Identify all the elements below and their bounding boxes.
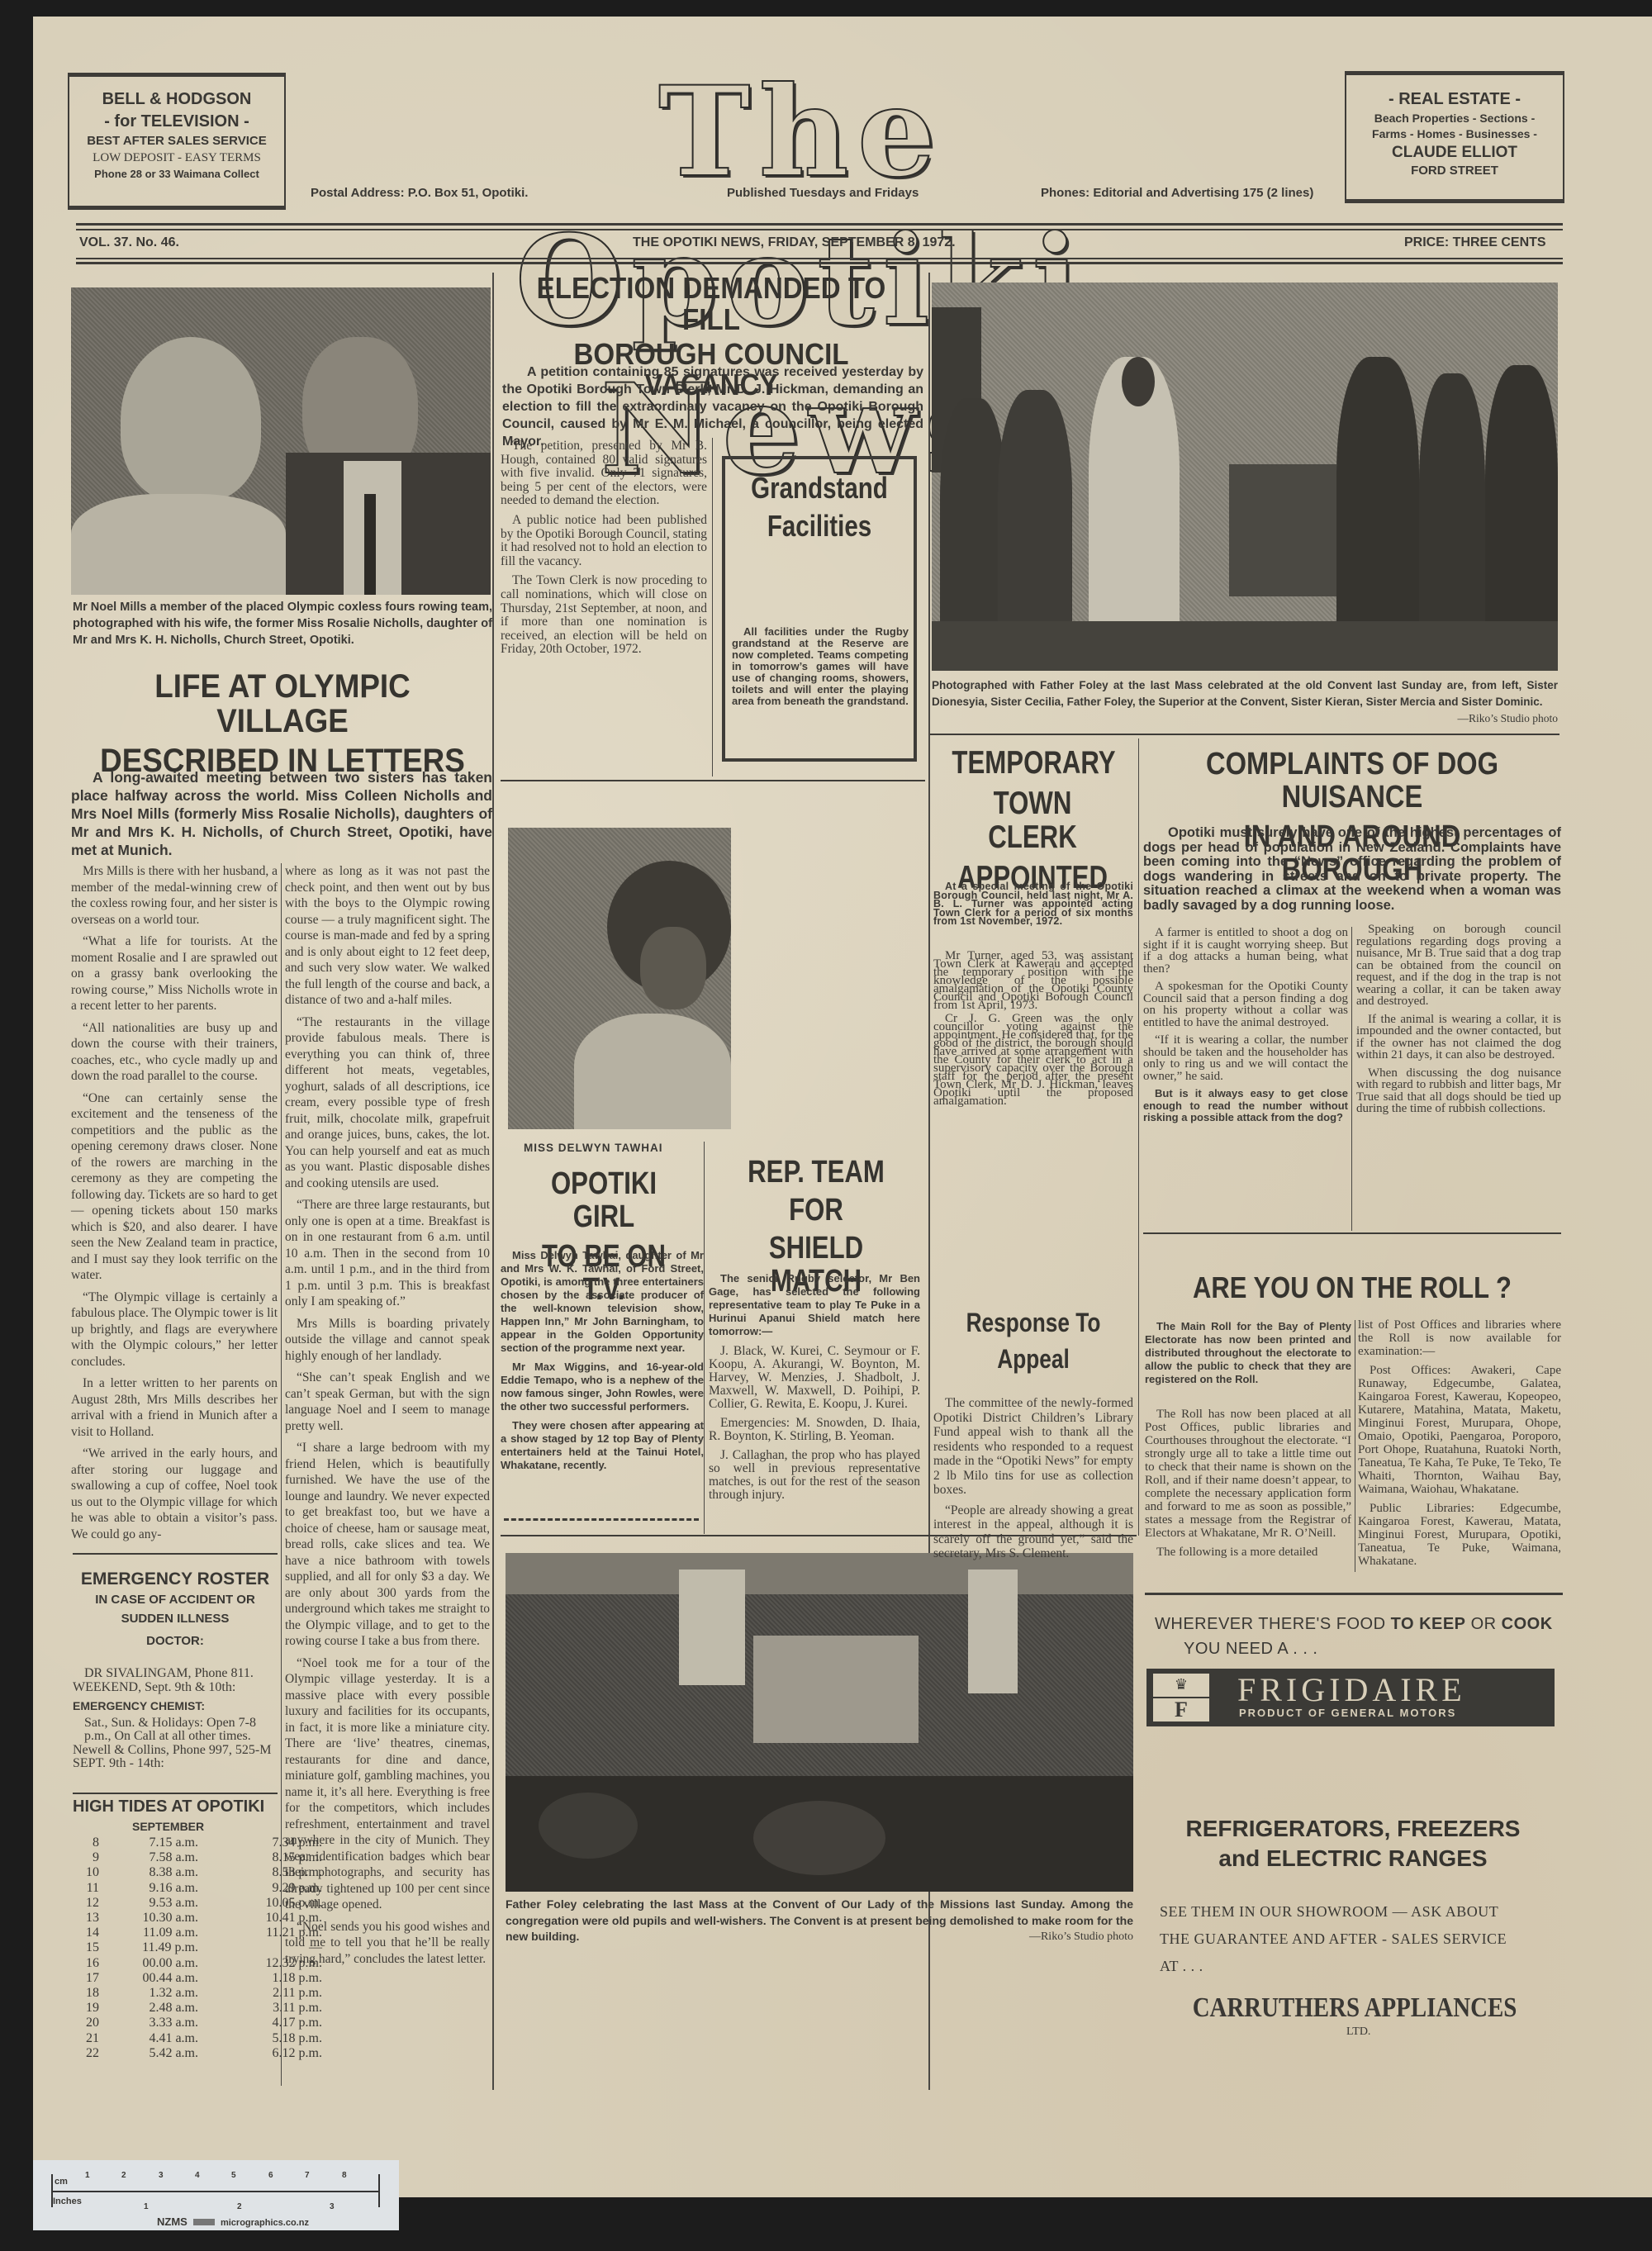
nzms-brand: NZMS micrographics.co.nz	[157, 2215, 309, 2228]
lede-paragraph: The senior Rugby selector, Mr Ben Gage, …	[709, 1272, 920, 1338]
headline: Grandstand Facilities	[743, 473, 895, 542]
paragraph: Mrs Mills is there with her husband, a m…	[71, 863, 278, 928]
headline-line: TEMPORARY	[952, 747, 1113, 781]
tide-row: 225.42 a.m.6.12 p.m.	[66, 2046, 322, 2061]
section-rule	[73, 1793, 278, 1794]
ear-line: BEST AFTER SALES SERVICE	[69, 133, 284, 150]
tide-row: 1411.09 a.m.11.21 p.m.	[66, 1926, 322, 1940]
paragraph: “The restaurants in the village provide …	[285, 1014, 490, 1192]
crown-icon: ♛	[1153, 1674, 1209, 1697]
headline-line: Appeal	[952, 1346, 1115, 1374]
paragraph: “People are already showing a great inte…	[933, 1503, 1133, 1561]
ear-line: BELL & HODGSON	[69, 88, 284, 111]
article-column: Speaking on borough council regulations …	[1356, 924, 1561, 1121]
paragraph: They were chosen after appearing at a sh…	[501, 1419, 704, 1472]
chemist-dates: SEPT. 9th - 14th:	[73, 1757, 278, 1771]
photo-credit: —Riko’s Studio photo	[1457, 710, 1558, 727]
tide-row: 181.32 a.m.2.11 p.m.	[66, 1986, 322, 2001]
article-column: The petition, presented by Mr B. Hough, …	[501, 439, 707, 662]
paragraph: The petition, presented by Mr B. Hough, …	[501, 439, 707, 508]
tides-title: HIGH TIDES AT OPOTIKI	[73, 1797, 264, 1816]
article-column: Mrs Mills is there with her husband, a m…	[71, 863, 278, 1548]
photo-noel-and-rosalie-mills	[71, 287, 491, 595]
column-rule	[1138, 738, 1139, 1536]
article-column: J. Black, W. Kurei, C. Seymour or F. Koo…	[709, 1345, 920, 1508]
section-rule	[930, 734, 1559, 735]
cm-tick: 5	[231, 2171, 236, 2180]
headline: Response To Appeal	[952, 1309, 1115, 1373]
ear-line: LOW DEPOSIT - EASY TERMS	[69, 150, 284, 166]
paragraph: A farmer is entitled to shoot a dog on s…	[1143, 927, 1348, 975]
emergency-roster: EMERGENCY ROSTER IN CASE OF ACCIDENT OR …	[71, 1570, 279, 1648]
paragraph: In a letter written to her parents on Au…	[71, 1375, 278, 1440]
paragraph: “We arrived in the early hours, and afte…	[71, 1446, 278, 1542]
article-column: The committee of the newly-formed Opotik…	[933, 1396, 1133, 1567]
masthead-rule-top2	[76, 229, 1563, 230]
tide-row: 1700.44 a.m.1.18 p.m.	[66, 1971, 322, 1986]
headline-line: LIFE AT OLYMPIC VILLAGE	[93, 669, 472, 738]
column-rule	[712, 438, 713, 776]
paragraph: Speaking on borough council regulations …	[1356, 924, 1561, 1008]
ruler-end	[378, 2174, 380, 2207]
chemist-name: Newell & Collins, Phone 997, 525-M	[73, 1744, 278, 1758]
paragraph: “If it is wearing a collar, the number s…	[1143, 1034, 1348, 1082]
photo-last-mass	[506, 1553, 1133, 1892]
column-rule	[704, 1142, 705, 1534]
roster-subtitle: SUDDEN ILLNESS	[71, 1612, 279, 1626]
lede-paragraph: The Main Roll for the Bay of Plenty Elec…	[1145, 1320, 1351, 1386]
photo-label: MISS DELWYN TAWHAI	[524, 1142, 663, 1154]
paragraph: The Roll has now been placed at all Post…	[1145, 1408, 1351, 1540]
doctor-label: DOCTOR:	[71, 1634, 279, 1648]
tide-row: 129.53 a.m.10.05 p.m.	[66, 1896, 322, 1911]
paragraph: Mr Max Wiggins, and 16-year-old Eddie Te…	[501, 1361, 704, 1413]
section-rule	[501, 780, 925, 781]
ad-tagline: WHEREVER THERE'S FOOD TO KEEP OR COOK	[1155, 1615, 1553, 1634]
article-column: Miss Delwyn Tawhai, daughter of Mr and M…	[501, 1249, 704, 1478]
cm-tick: 7	[305, 2171, 310, 2180]
paragraph: A public notice had been published by th…	[501, 514, 707, 568]
ear-line: Beach Properties - Sections -	[1346, 111, 1563, 126]
dashed-divider	[504, 1518, 699, 1521]
masthead-rule-top	[76, 223, 1563, 226]
tides-month: SEPTEMBER	[132, 1820, 204, 1833]
scale-ruler: cm Inches 1 2 3 4 5 6 7 8 1 2 3 NZMS mic…	[33, 2160, 399, 2230]
cm-tick: 1	[85, 2171, 90, 2180]
ear-line: Farms - Homes - Businesses -	[1346, 126, 1563, 142]
dealer-name: CARRUTHERS APPLIANCES	[1172, 1992, 1537, 2024]
paragraph: Miss Delwyn Tawhai, daughter of Mr and M…	[501, 1249, 704, 1355]
headline-line: Facilities	[743, 511, 895, 542]
products-line: REFRIGERATORS, FREEZERS	[1146, 1814, 1559, 1844]
article-column: list of Post Offices and libraries where…	[1358, 1318, 1561, 1574]
brand-name: FRIGIDAIRE	[1237, 1670, 1466, 1709]
photo-delwyn-tawhai	[508, 828, 731, 1129]
tide-row: 1511.49 p.m.—	[66, 1940, 322, 1955]
headline-line: Grandstand	[743, 473, 895, 504]
grandstand-body: All facilities under the Rugby grandstan…	[732, 626, 909, 707]
lede-paragraph: Opotiki must surely have one of the high…	[1143, 826, 1561, 913]
logo-letter-f: F	[1153, 1698, 1209, 1721]
doctor-name: DR SIVALINGAM, Phone 811.	[73, 1667, 278, 1681]
paragraph: “What a life for tourists. At the moment…	[71, 933, 278, 1014]
inch-label: Inches	[53, 2196, 82, 2206]
paragraph: “The Olympic village is certainly a fabu…	[71, 1289, 278, 1370]
left-ear-ad: BELL & HODGSON - for TELEVISION - BEST A…	[68, 73, 286, 210]
tide-table: 87.15 a.m.7.34 p.m. 97.58 a.m.8.15 p.m. …	[66, 1835, 322, 2061]
headline-line: Response To	[952, 1309, 1115, 1337]
paragraph: But is it always easy to get close enoug…	[1143, 1088, 1348, 1124]
article-column: The Roll has now been placed at all Post…	[1145, 1408, 1351, 1565]
phone-numbers: Phones: Editorial and Advertising 175 (2…	[1041, 186, 1313, 200]
chemist-label: EMERGENCY CHEMIST:	[73, 1699, 278, 1713]
tide-row: 214.41 a.m.5.18 p.m.	[66, 2031, 322, 2046]
inch-tick: 1	[144, 2202, 149, 2211]
photo-caption: Mr Noel Mills a member of the placed Oly…	[73, 599, 492, 648]
section-rule	[1143, 1232, 1561, 1234]
paragraph: “There are three large restaurants, but …	[285, 1197, 490, 1310]
paragraph: A spokesman for the Opotiki County Counc…	[1143, 981, 1348, 1028]
roster-subtitle: IN CASE OF ACCIDENT OR	[71, 1593, 279, 1607]
publication-days: Published Tuesdays and Fridays	[727, 186, 919, 200]
cm-tick: 3	[159, 2171, 164, 2180]
ad-products: REFRIGERATORS, FREEZERS and ELECTRIC RAN…	[1146, 1814, 1559, 1873]
headline: LIFE AT OLYMPIC VILLAGE DESCRIBED IN LET…	[93, 669, 472, 778]
photo-credit: —Riko’s Studio photo	[1029, 1929, 1133, 1945]
headline: ARE YOU ON THE ROLL ?	[1172, 1272, 1531, 1304]
cm-label: cm	[55, 2177, 68, 2187]
postal-address: Postal Address: P.O. Box 51, Opotiki.	[311, 186, 528, 200]
paragraph: Mrs Mills is boarding privately outside …	[285, 1316, 490, 1365]
dealer-suffix: LTD.	[1346, 2025, 1370, 2039]
paragraph: The committee of the newly-formed Opotik…	[933, 1396, 1133, 1498]
article-column: Mr Turner, aged 53, was assistant Town C…	[933, 952, 1133, 1111]
tide-row: 119.16 a.m.9.29 p.m.	[66, 1881, 322, 1896]
dateline: THE OPOTIKI NEWS, FRIDAY, SEPTEMBER 8, 1…	[633, 235, 956, 250]
cm-tick: 2	[121, 2171, 126, 2180]
column-rule	[1355, 1320, 1355, 1572]
column-rule	[492, 273, 494, 2090]
lede-paragraph: At a special meeting of the Opotiki Boro…	[933, 882, 1133, 926]
paragraph: Cr J. G. Green was the only councillor v…	[933, 1014, 1133, 1105]
paragraph: If the animal is wearing a collar, it is…	[1356, 1014, 1561, 1061]
newspaper-title: The Opotiki News	[372, 58, 1231, 207]
chemist-hours: Sat., Sun. & Holidays: Open 7-8 p.m., On…	[73, 1717, 278, 1744]
tide-row: 192.48 a.m.3.11 p.m.	[66, 2001, 322, 2016]
lede-paragraph: A long-awaited meeting between two siste…	[71, 768, 492, 859]
paragraph: Mr Turner, aged 53, was assistant Town C…	[933, 952, 1133, 1009]
cm-tick: 6	[268, 2171, 273, 2180]
headline-line: OPOTIKI GIRL	[520, 1168, 689, 1234]
frigidaire-logo-banner: ♛ F FRIGIDAIRE PRODUCT OF GENERAL MOTORS	[1146, 1669, 1555, 1726]
paragraph: “One can certainly sense the excitement …	[71, 1090, 278, 1284]
paragraph: J. Black, W. Kurei, C. Seymour or F. Koo…	[709, 1345, 920, 1411]
paragraph: list of Post Offices and libraries where…	[1358, 1318, 1561, 1358]
ad-showroom-text: SEE THEM IN OUR SHOWROOM — ASK ABOUT THE…	[1160, 1898, 1507, 1980]
inch-tick: 3	[330, 2202, 335, 2211]
paragraph: The following is a more detailed	[1145, 1546, 1351, 1559]
inch-tick: 2	[237, 2202, 242, 2211]
brand-subtitle: PRODUCT OF GENERAL MOTORS	[1239, 1707, 1456, 1719]
masthead-rule-bottom	[76, 258, 1563, 259]
tide-row: 203.33 a.m.4.17 p.m.	[66, 2016, 322, 2030]
headline-line: FOR	[728, 1194, 904, 1228]
lede-paragraph: A petition containing 85 signatures was …	[502, 363, 923, 450]
nzms-logo-icon	[193, 2219, 215, 2225]
paragraph: Emergencies: M. Snowden, D. Ihaia, R. Bo…	[709, 1417, 920, 1443]
paragraph: where as long as it was not past the che…	[285, 863, 490, 1009]
paragraph: J. Callaghan, the prop who has played so…	[709, 1449, 920, 1502]
roster-title: EMERGENCY ROSTER	[71, 1570, 279, 1589]
paragraph: “She can’t speak English and we can’t sp…	[285, 1370, 490, 1434]
ear-line: FORD STREET	[1346, 163, 1563, 179]
section-rule	[73, 1553, 278, 1555]
volume-number: VOL. 37. No. 46.	[79, 235, 179, 250]
paragraph: The Town Clerk is now proceding to call …	[501, 574, 707, 657]
tide-row: 87.15 a.m.7.34 p.m.	[66, 1835, 322, 1850]
paragraph: Post Offices: Awakeri, Cape Runaway, Edg…	[1358, 1364, 1561, 1496]
paragraph: When discussing the dog nuisance with re…	[1356, 1067, 1561, 1115]
tide-row: 1600.00 a.m.12.32 p.m.	[66, 1956, 322, 1971]
headline-line: ELECTION DEMANDED TO FILL	[516, 273, 907, 335]
caption-text: Photographed with Father Foley at the la…	[932, 679, 1558, 708]
article-column: A farmer is entitled to shoot a dog on s…	[1143, 927, 1348, 1130]
headline-line: TOWN CLERK	[952, 787, 1113, 855]
article-column: where as long as it was not past the che…	[285, 863, 490, 1973]
ruler-axis	[51, 2191, 378, 2192]
section-rule	[1145, 1593, 1563, 1595]
paragraph: “I share a large bedroom with my friend …	[285, 1440, 490, 1650]
right-ear-ad: - REAL ESTATE - Beach Properties - Secti…	[1345, 71, 1564, 203]
photo-convent-sisters	[932, 283, 1558, 671]
tide-row: 97.58 a.m.8.15 p.m.	[66, 1850, 322, 1865]
headline-line: COMPLAINTS OF DOG NUISANCE	[1171, 748, 1534, 814]
cm-tick: 4	[195, 2171, 200, 2180]
photo-caption: Photographed with Father Foley at the la…	[932, 677, 1558, 727]
tide-row: 108.38 a.m.8.53 p.m.	[66, 1865, 322, 1880]
paragraph: Public Libraries: Edgecumbe, Kaingaroa F…	[1358, 1502, 1561, 1568]
ear-line: Phone 28 or 33 Waimana Collect	[69, 167, 284, 182]
cm-tick: 8	[342, 2171, 347, 2180]
ear-line: CLAUDE ELLIOT	[1346, 142, 1563, 164]
headline: TEMPORARY TOWN CLERK APPOINTED	[952, 747, 1113, 895]
emergency-details: DR SIVALINGAM, Phone 811. WEEKEND, Sept.…	[73, 1667, 278, 1771]
column-rule	[1351, 927, 1352, 1231]
ad-tagline-2: YOU NEED A . . .	[1184, 1640, 1318, 1659]
ear-line: - REAL ESTATE -	[1346, 88, 1563, 111]
headline-line: REP. TEAM	[728, 1156, 904, 1190]
weekend-dates: WEEKEND, Sept. 9th & 10th:	[73, 1681, 278, 1695]
ear-line: - for TELEVISION -	[69, 111, 284, 133]
paragraph: “All nationalities are busy up and down …	[71, 1020, 278, 1085]
products-line: and ELECTRIC RANGES	[1146, 1844, 1559, 1873]
masthead-rule-bottom2	[76, 262, 1563, 264]
photo-caption: Father Foley celebrating the last Mass a…	[506, 1897, 1133, 1945]
price: PRICE: THREE CENTS	[1404, 235, 1546, 250]
tide-row: 1310.30 a.m.10.41 p.m.	[66, 1911, 322, 1926]
